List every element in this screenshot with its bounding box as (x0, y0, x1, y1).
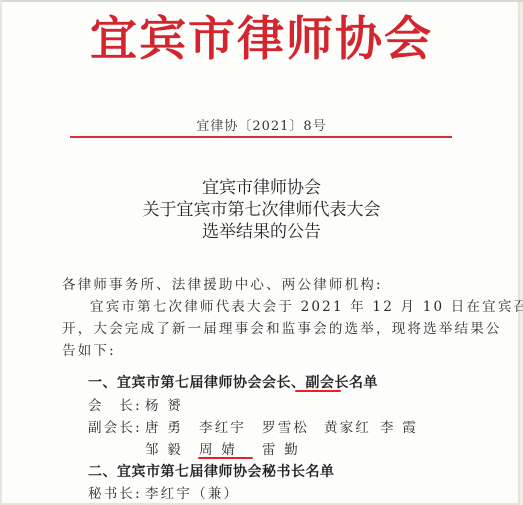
vice-president-name: 李红宇 (199, 418, 246, 438)
secretary-general-name: 李红宇（兼） (145, 484, 239, 504)
red-underline-highlighted-name (198, 457, 253, 459)
body-paragraph-line-1: 宜宾市第七次律师代表大会于 2021 年 12 月 10 日在宜宾召 (90, 297, 523, 317)
vice-president-name: 唐 勇 (145, 418, 183, 438)
president-label: 会 长: (88, 396, 142, 416)
president-name: 杨 赟 (145, 396, 183, 416)
vice-president-name: 李 霞 (380, 418, 418, 438)
salutation: 各律师事务所、法律援助中心、两公律师机构: (62, 275, 383, 295)
letterhead-red-divider (70, 136, 452, 138)
section-1-heading-suffix: 名单 (349, 375, 378, 391)
section-1-heading-prefix: 一、宜宾市第七届律师协会会长、 (88, 375, 306, 391)
org-letterhead-title: 宜宾市律师协会 (0, 10, 523, 70)
document-number: 宜律协〔2021〕8号 (0, 115, 523, 134)
announcement-title-line-3: 选举结果的公告 (0, 221, 523, 243)
section-1-heading-highlight: 副会长 (306, 375, 350, 391)
vice-president-label: 副会长: (88, 418, 142, 438)
body-paragraph-line-2: 开，大会完成了新一届理事会和监事会的选举，现将选举结果公 (62, 319, 502, 339)
secretary-general-label: 秘书长: (88, 484, 142, 504)
announcement-title-line-1: 宜宾市律师协会 (0, 177, 523, 199)
section-2-heading: 二、宜宾市第七届律师协会秘书长名单 (88, 462, 335, 482)
vice-president-name: 黄家红 (324, 418, 371, 438)
body-paragraph-line-3: 告如下: (62, 341, 116, 361)
vice-president-name: 雷 勤 (262, 440, 300, 460)
document-page (2, 2, 520, 505)
announcement-title-line-2: 关于宜宾市第七次律师代表大会 (0, 199, 523, 221)
vice-president-name: 邹 毅 (145, 440, 183, 460)
red-underline-vice-president (295, 390, 341, 392)
vice-president-name: 罗雪松 (262, 418, 309, 438)
